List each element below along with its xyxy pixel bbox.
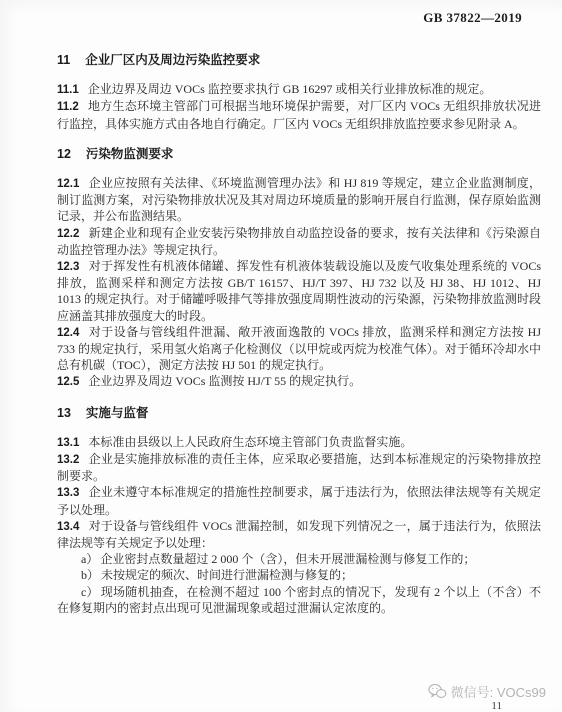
clause-text: 企业是实施排放标准的责任主体，应采取必要措施，达到本标准规定的污染物排放控制要求… xyxy=(57,452,541,483)
document-page: GB 37822—2019 11企业厂区内及周边污染监控要求 11.1企业边界及… xyxy=(0,0,562,712)
clause-number: 11.1 xyxy=(57,84,79,96)
clause-12-2: 12.2新建企业和现有企业安装污染物排放自动监控设备的要求，按有关法律和《污染源… xyxy=(57,225,541,258)
clause-text: 企业边界及周边 VOCs 监控要求执行 GB 16297 或相关行业排放标准的规… xyxy=(88,82,492,96)
clause-number: 12.4 xyxy=(57,327,79,339)
clause-12-4: 12.4对于设备与管线组件泄漏、敞开液面逸散的 VOCs 排放，监测采样和测定方… xyxy=(57,324,541,374)
standard-number: GB 37822—2019 xyxy=(423,10,522,26)
section-title: 企业厂区内及周边污染监控要求 xyxy=(85,53,260,67)
clause-number: 12.5 xyxy=(57,376,79,388)
clause-text: 新建企业和现有企业安装污染物排放自动监控设备的要求，按有关法律和《污染源自动监控… xyxy=(57,226,541,257)
section-title: 实施与监督 xyxy=(86,406,149,420)
clause-text: 对于挥发性有机液体储罐、挥发性有机液体装载设施以及废气收集处理系统的 VOCs … xyxy=(57,259,541,323)
document-body: 11企业厂区内及周边污染监控要求 11.1企业边界及周边 VOCs 监控要求执行… xyxy=(57,52,541,616)
section-13: 13实施与监督 13.1本标准由县级以上人民政府生态环境主管部门负责监督实施。 … xyxy=(57,405,541,616)
clause-number: 11.2 xyxy=(57,101,79,113)
wechat-icon xyxy=(428,683,447,700)
subclause-a: a）企业密封点数量超过 2 000 个（含），但未开展泄漏检测与修复工作的； xyxy=(57,551,541,567)
clause-12-5: 12.5企业边界及周边 VOCs 监测按 HJ/T 55 的规定执行。 xyxy=(57,373,541,390)
clause-13-1: 13.1本标准由县级以上人民政府生态环境主管部门负责监督实施。 xyxy=(57,434,541,451)
clause-number: 12.3 xyxy=(57,261,79,273)
section-title: 污染物监测要求 xyxy=(86,147,174,161)
clause-13-3: 13.3企业未遵守本标准规定的措施性控制要求，属于违法行为，依照法律法规等有关规… xyxy=(57,484,541,517)
section-12-heading: 12污染物监测要求 xyxy=(57,146,541,162)
clause-number: 13.2 xyxy=(57,454,79,466)
clause-number: 13.3 xyxy=(57,487,79,499)
section-12: 12污染物监测要求 12.1企业应按照有关法律、《环境监测管理办法》和 HJ 8… xyxy=(57,146,541,391)
section-11-heading: 11企业厂区内及周边污染监控要求 xyxy=(57,52,541,68)
subclause-b: b）未按规定的频次、时间进行泄漏检测与修复的； xyxy=(57,567,541,583)
clause-13-4: 13.4对于设备与管线组件 VOCs 泄漏控制，如发现下列情况之一，属于违法行为… xyxy=(57,518,541,551)
subclause-text: 企业密封点数量超过 2 000 个（含），但未开展泄漏检测与修复工作的； xyxy=(100,552,475,566)
clause-text: 企业应按照有关法律、《环境监测管理办法》和 HJ 819 等规定，建立企业监测制… xyxy=(57,176,541,223)
clause-number: 13.4 xyxy=(57,521,79,533)
watermark: 微信号: VOCs99 xyxy=(428,682,546,701)
clause-12-1: 12.1企业应按照有关法律、《环境监测管理办法》和 HJ 819 等规定，建立企… xyxy=(57,175,541,225)
clause-number: 12.1 xyxy=(57,178,79,190)
section-number: 13 xyxy=(57,406,71,420)
subclause-label: a） xyxy=(81,552,98,566)
page-number: 11 xyxy=(491,700,502,712)
clause-12-3: 12.3对于挥发性有机液体储罐、挥发性有机液体装载设施以及废气收集处理系统的 V… xyxy=(57,258,541,324)
subclause-label: b） xyxy=(81,568,99,582)
clause-text: 本标准由县级以上人民政府生态环境主管部门负责监督实施。 xyxy=(88,435,412,449)
clause-11-1: 11.1企业边界及周边 VOCs 监控要求执行 GB 16297 或相关行业排放… xyxy=(57,81,541,98)
clause-11-2: 11.2地方生态环境主管部门可根据当地环境保护需要，对厂区内 VOCs 无组织排… xyxy=(57,98,541,131)
clause-text: 企业未遵守本标准规定的措施性控制要求，属于违法行为，依照法律法规等有关规定予以处… xyxy=(57,485,541,516)
clause-number: 13.1 xyxy=(57,437,79,449)
subclause-c: c）现场随机抽查，在检测不超过 100 个密封点的情况下，发现有 2 个以上（不… xyxy=(57,584,541,616)
clause-13-2: 13.2企业是实施排放标准的责任主体，应采取必要措施，达到本标准规定的污染物排放… xyxy=(57,451,541,484)
subclause-label: c） xyxy=(81,585,99,599)
section-13-heading: 13实施与监督 xyxy=(57,405,541,421)
subclause-text: 未按规定的频次、时间进行泄漏检测与修复的； xyxy=(101,568,353,582)
clause-text: 对于设备与管线组件泄漏、敞开液面逸散的 VOCs 排放，监测采样和测定方法按 H… xyxy=(57,325,541,372)
clause-text: 地方生态环境主管部门可根据当地环境保护需要，对厂区内 VOCs 无组织排放状况进… xyxy=(57,99,541,130)
clause-text: 企业边界及周边 VOCs 监测按 HJ/T 55 的规定执行。 xyxy=(88,374,361,388)
section-11: 11企业厂区内及周边污染监控要求 11.1企业边界及周边 VOCs 监控要求执行… xyxy=(57,52,541,132)
subclause-text: 现场随机抽查，在检测不超过 100 个密封点的情况下，发现有 2 个以上（不含）… xyxy=(57,585,541,615)
section-number: 12 xyxy=(57,147,71,161)
watermark-text: 微信号: VOCs99 xyxy=(451,682,546,701)
clause-number: 12.2 xyxy=(57,228,79,240)
clause-text: 对于设备与管线组件 VOCs 泄漏控制，如发现下列情况之一，属于违法行为，依照法… xyxy=(57,519,541,550)
section-number: 11 xyxy=(57,53,70,67)
